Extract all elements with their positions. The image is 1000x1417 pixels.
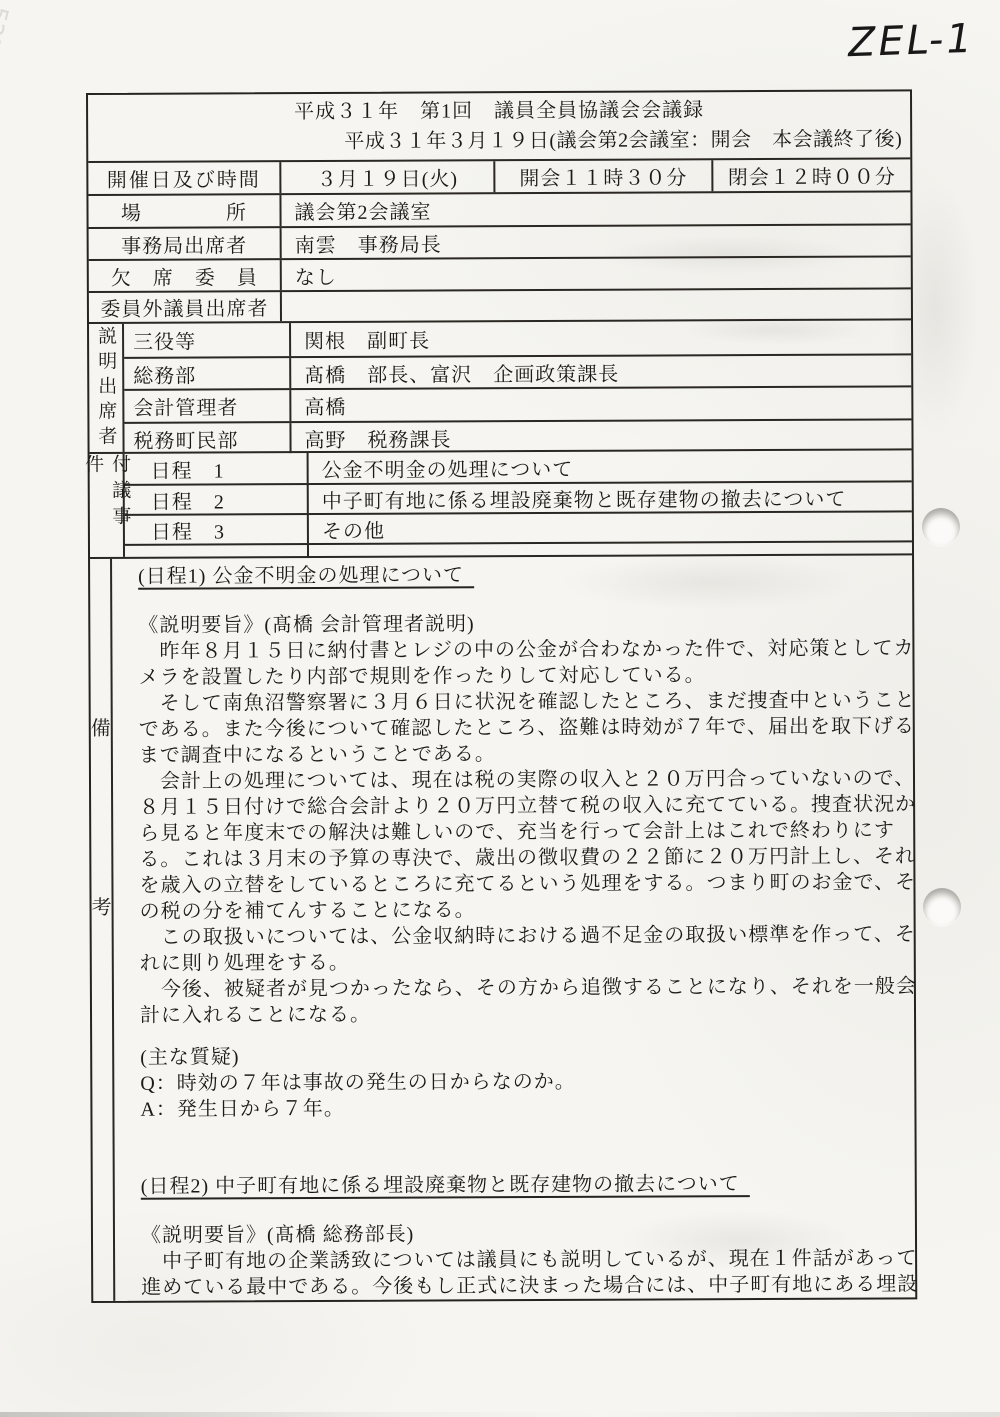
place-value: 議会第2会議室	[279, 192, 910, 226]
agenda-number	[125, 545, 309, 559]
faint-pencil-mark: 525	[0, 3, 14, 54]
summary2-heading: 《説明要旨》(髙橋 総務部長)	[141, 1219, 918, 1248]
notes-body-line: る。これは３月末の予算の専決で、歳出の徴収費の２２節に２０万円計上し、それ	[139, 843, 916, 872]
notes-body-line: この取扱いについては、公金収納時における過不足金の取扱い標準を作って、そ	[140, 921, 917, 950]
notes-body-line: を歳入の立替をしているところに充てるという処理をする。つまり町のお金で、そ	[139, 869, 916, 898]
agenda2-heading: (日程2) 中子町有地に係る埋設廃棄物と既存建物の撤去について	[141, 1169, 918, 1202]
agenda-title: 中子町有地に係る埋設廃棄物と既存建物の撤去について	[309, 482, 912, 513]
agenda-row: 日程 1 公金不明金の処理について	[125, 450, 912, 483]
scan-edge-shadow	[0, 1412, 1000, 1417]
row-schedule: 開催日及び時間 ３月１９日(火) 開会１１時３０分 閉会１２時００分	[88, 157, 910, 194]
schedule-date: ３月１９日(火)	[279, 161, 493, 193]
agenda1-heading: (日程1) 公金不明金の処理について	[138, 559, 915, 592]
notes-body-line: 進めている最中である。今後もし正式に決まった場合には、中子町有地にある埋設	[141, 1271, 918, 1300]
qa-question: Q：時効の７年は事故の発生の日からなのか。	[140, 1067, 917, 1096]
explainer-row: 税務町民部 高野 税務課長	[124, 418, 911, 453]
agenda-number: 日程 1	[125, 453, 309, 484]
notes-body-line: ら見ると年度末での解決は難しいので、充当を行って会計上はこれで終わりにす	[139, 817, 916, 846]
nonmember-label: 委員外議員出席者	[89, 292, 280, 322]
agenda-title: その他	[309, 512, 912, 543]
explainer-row: 総務部 髙橋 部長、富沢 企画政策課長	[124, 353, 911, 388]
notes-label-char: 考	[91, 891, 111, 920]
row-place: 場 所 議会第2会議室	[88, 190, 910, 227]
notes-group-label: 備 考	[90, 559, 115, 1301]
notes-body-line: 中子町有地の企業誘致については議員にも説明しているが、現在１件話があって	[141, 1245, 918, 1274]
open-time: 開会１１時３０分	[493, 160, 711, 192]
punch-hole-bottom	[923, 888, 961, 926]
agenda-number: 日程 3	[125, 515, 309, 544]
schedule-label: 開催日及び時間	[88, 162, 279, 194]
place-label: 場 所	[88, 195, 279, 227]
summary1-heading: 《説明要旨》(髙橋 会計管理者説明)	[138, 609, 915, 638]
scanned-minutes-page: 525 ZEL-1 平成３１年 第1回 議員全員協議会会議録 平成３１年３月１９…	[0, 0, 1000, 1417]
explainer-name: 髙橋 部長、富沢 企画政策課長	[291, 355, 911, 388]
agenda-number: 日程 2	[125, 485, 309, 514]
spacer	[140, 1119, 917, 1172]
punch-hole-top	[922, 508, 960, 546]
row-nonmember-attendees: 委員外議員出席者	[89, 287, 911, 322]
explainer-row: 会計管理者 高橋	[124, 385, 911, 421]
notes-body-line: である。また今後について確認したところ、盗難は時効が７年で、届出を取下げる	[139, 713, 916, 742]
notes-body-line: れに則り処理をする。	[140, 947, 917, 976]
table-title-block: 平成３１年 第1回 議員全員協議会会議録 平成３１年３月１９日(議会第2会議室：…	[88, 91, 910, 161]
notes-label-char: 備	[91, 712, 111, 741]
notes-body-line: の税の分を補てんすることになる。	[140, 895, 917, 924]
agenda-row: 日程 3 その他	[125, 510, 912, 543]
agenda-group-label: 付議事件	[90, 454, 125, 557]
secretariat-value: 南雲 事務局長	[280, 225, 911, 258]
explainer-role: 三役等	[124, 323, 291, 357]
notes-body-line: 計に入れることになる。	[140, 999, 917, 1028]
handwritten-doc-code: ZEL-1	[847, 16, 975, 66]
minutes-title: 平成３１年 第1回 議員全員協議会会議録	[88, 94, 910, 128]
close-time: 閉会１２時００分	[711, 159, 910, 191]
minutes-table: 平成３１年 第1回 議員全員協議会会議録 平成３１年３月１９日(議会第2会議室：…	[86, 89, 917, 1303]
explainer-row: 三役等 関根 副町長	[124, 320, 911, 356]
absent-value: なし	[280, 257, 911, 290]
explainer-name: 高橋	[291, 387, 911, 421]
notes-body-line: メラを設置したり内部で規則を作ったりして対応している。	[138, 661, 915, 690]
notes-body-line: まで調査中になるということである。	[139, 739, 916, 768]
nonmember-value	[280, 289, 911, 321]
explainers-group-label: 説明出席者	[89, 324, 125, 452]
explainer-role: 会計管理者	[124, 390, 291, 422]
absent-label: 欠 席 委 員	[89, 260, 280, 291]
agenda-title: 公金不明金の処理について	[309, 450, 912, 483]
notes-body-line: 今後、被疑者が見つかったなら、その方から追徴することになり、それを一般会	[140, 973, 917, 1002]
explainer-role: 総務部	[124, 358, 291, 389]
notes-content: (日程1) 公金不明金の処理について 《説明要旨》(髙橋 会計管理者説明) 昨年…	[112, 555, 930, 1301]
qa-answer: A：発生日から７年。	[140, 1093, 917, 1122]
agenda-row: 日程 2 中子町有地に係る埋設廃棄物と既存建物の撤去について	[125, 480, 912, 513]
notes-group: 備 考 (日程1) 公金不明金の処理について 《説明要旨》(髙橋 会計管理者説明…	[90, 553, 915, 1301]
secretariat-label: 事務局出席者	[89, 228, 280, 259]
notes-body-line: ８月１５日付けで総合会計より２０万円立替て税の収入に充てている。捜査状況か	[139, 791, 916, 820]
qa-heading: (主な質疑)	[140, 1041, 917, 1070]
notes-body-line: 昨年８月１５日に納付書とレジの中の公金が合わなかった件で、対応策としてカ	[138, 635, 915, 664]
explainers-group: 説明出席者 三役等 関根 副町長 総務部 髙橋 部長、富沢 企画政策課長 会計管…	[89, 318, 912, 452]
explainer-name: 関根 副町長	[291, 320, 911, 356]
row-secretariat: 事務局出席者 南雲 事務局長	[89, 223, 911, 259]
explainer-name: 高野 税務課長	[291, 420, 911, 453]
explainer-role: 税務町民部	[124, 423, 291, 454]
agenda-group: 付議事件 日程 1 公金不明金の処理について 日程 2 中子町有地に係る埋設廃棄…	[90, 448, 912, 557]
notes-body-line: そして南魚沼警察署に３月６日に状況を確認したところ、まだ捜査中ということ	[139, 687, 916, 716]
minutes-title-date: 平成３１年３月１９日(議会第2会議室：開会 本会議終了後)	[88, 124, 910, 158]
notes-body-line: 会計上の処理については、現在は税の実際の収入と２０万円合っていないので、	[139, 765, 916, 794]
row-absent-members: 欠 席 委 員 なし	[89, 255, 911, 291]
